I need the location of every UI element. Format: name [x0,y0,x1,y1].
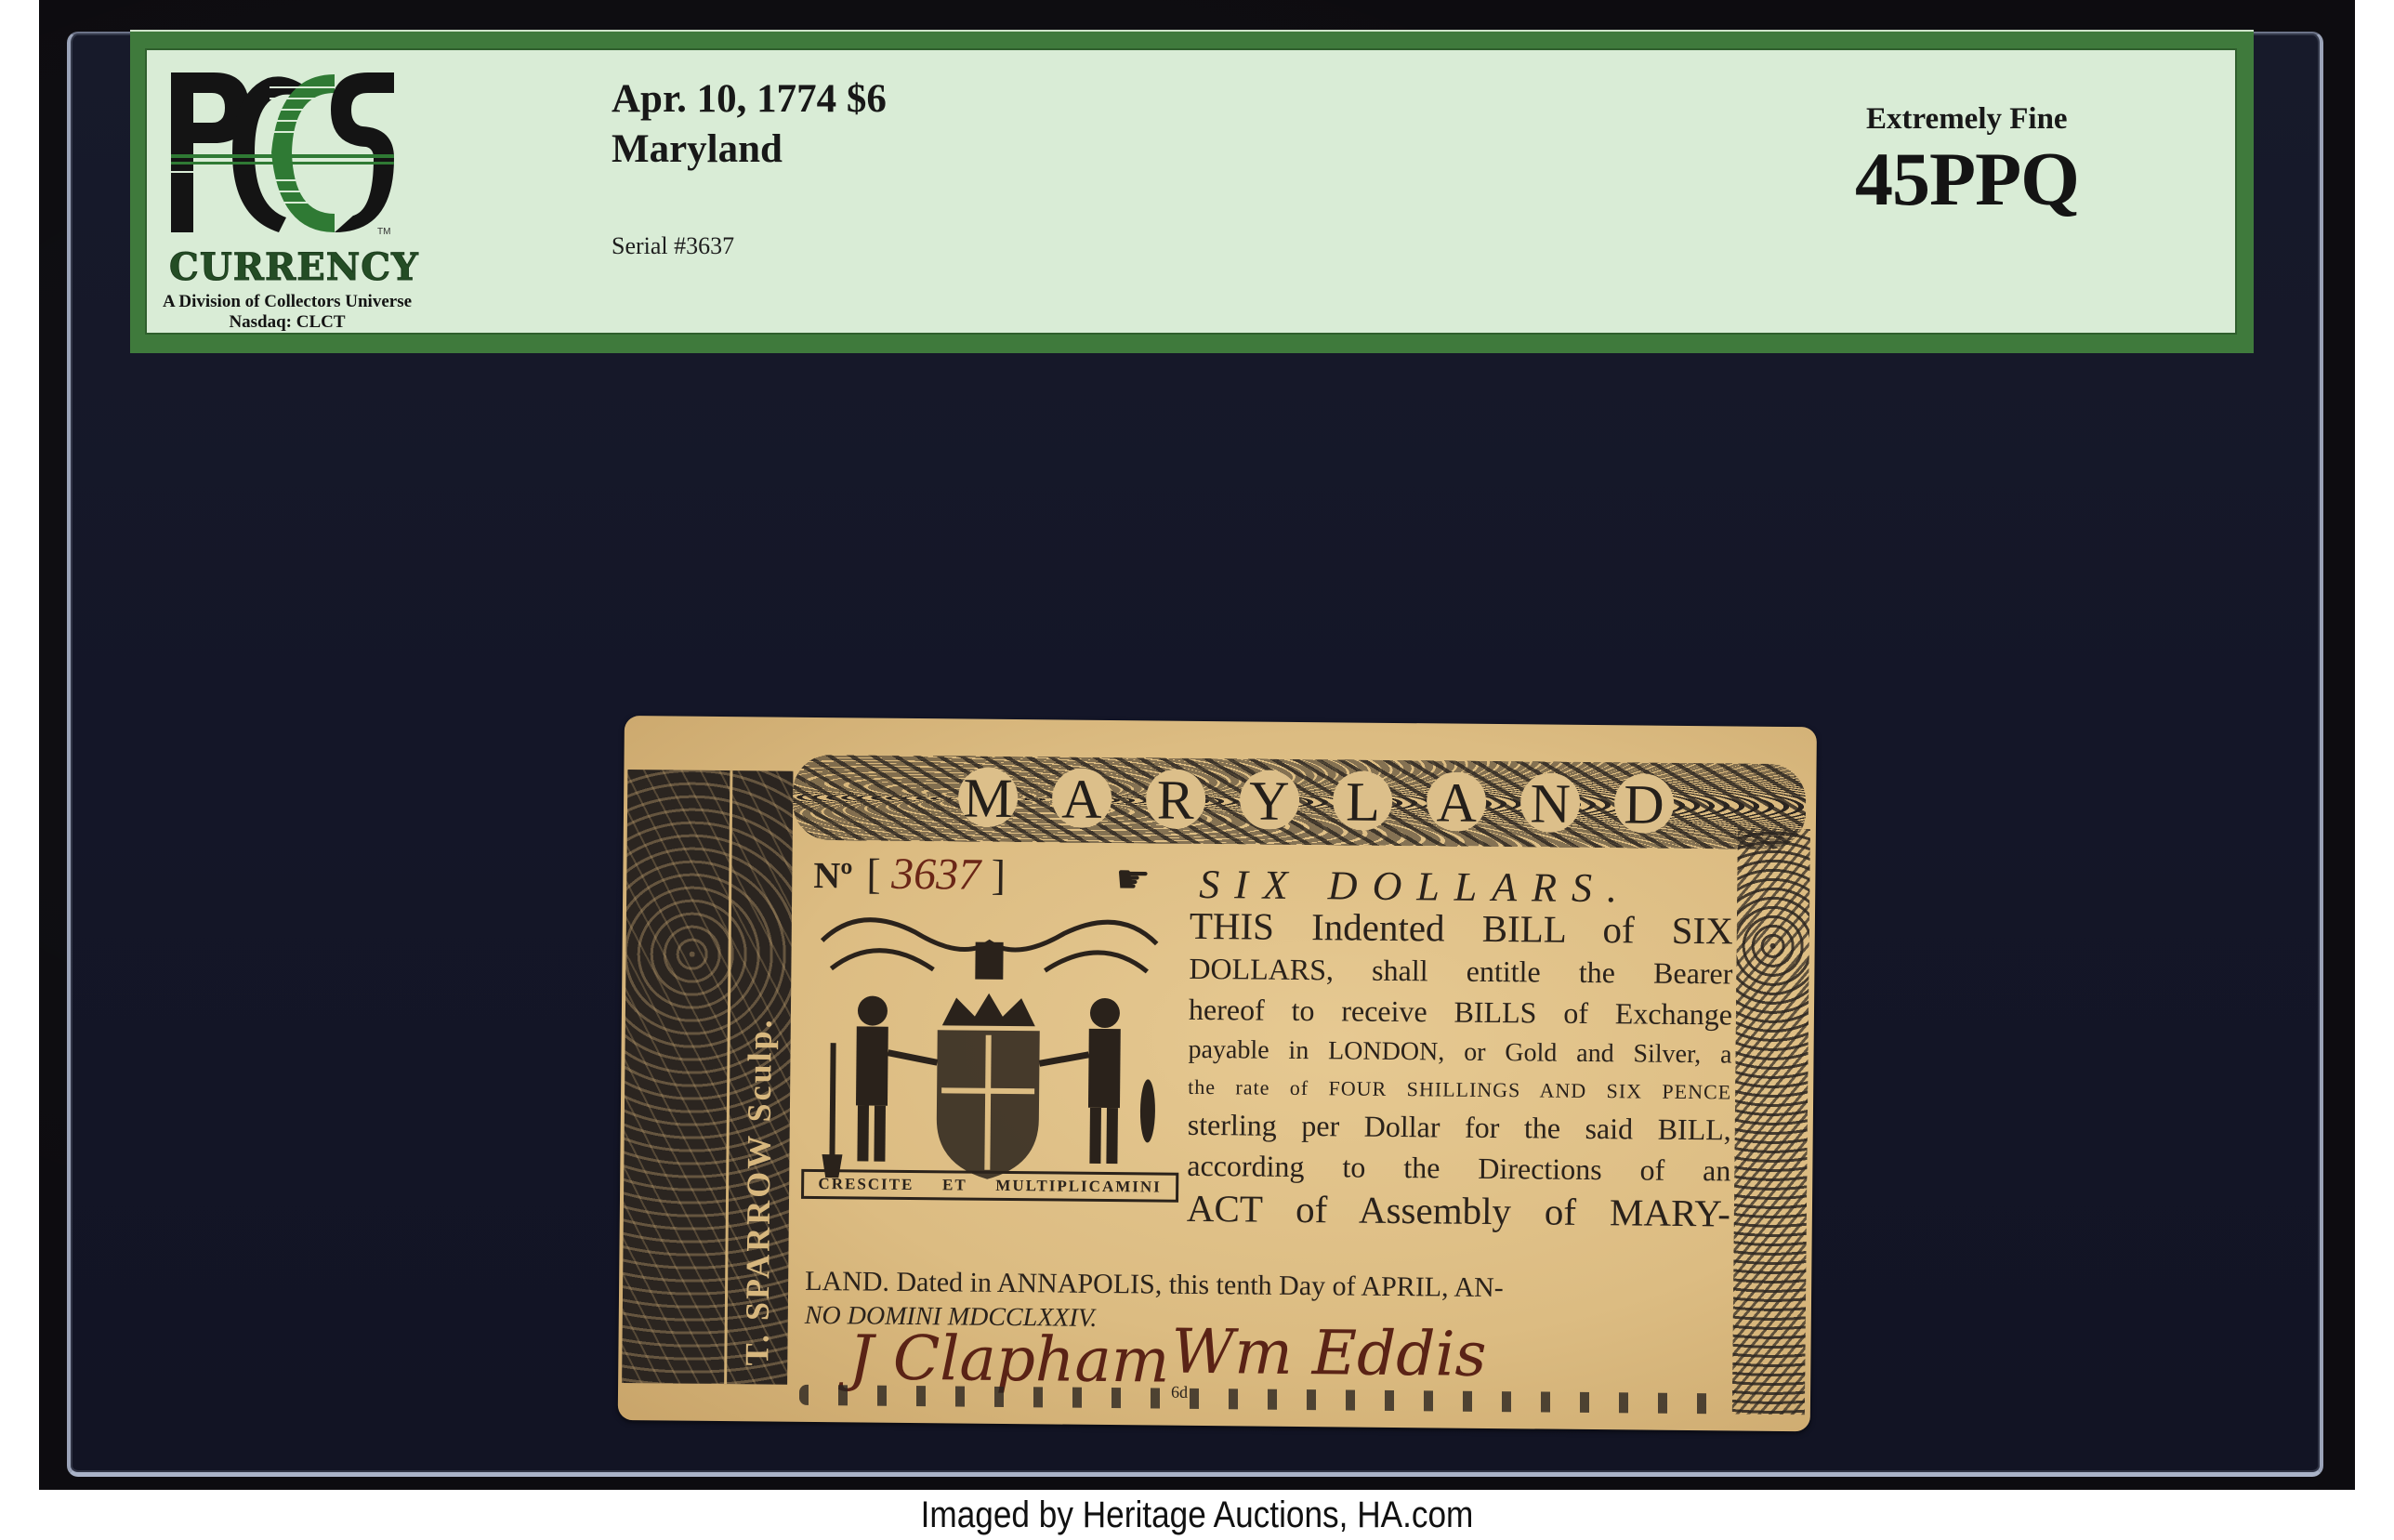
division-line-2: Nasdaq: CLCT [162,312,413,333]
body-line: DOLLARS, shall entitle the Bearer [1189,948,1732,994]
note-title: Apr. 10, 1774 $6 [612,76,887,122]
banknote: T. SPARROW Sculp. M A R Y L A N D Nº [ 3… [618,716,1817,1431]
right-ornamental-border [1732,829,1810,1415]
motto-word: ET [942,1176,967,1194]
bottom-ornamental-border [799,1385,1729,1415]
banner-letter: L [1333,770,1393,831]
label-inner: TM CURRENCY A Division of Collectors Uni… [145,48,2237,335]
banner-letter: M [958,767,1019,827]
banner-letter: A [1427,771,1487,832]
handwritten-serial: 3637 [891,849,981,900]
body-line: THIS Indented BILL of SIX [1190,903,1733,954]
left-ornamental-panel: T. SPARROW Sculp. [622,770,793,1385]
motto-word: CRESCITE [818,1175,914,1194]
pcgs-logo: TM CURRENCY A Division of Collectors Uni… [167,69,409,352]
trademark-mark: TM [377,227,390,237]
motto-word: MULTIPLICAMINI [995,1177,1162,1197]
banner-letter: D [1614,773,1675,834]
grading-label: TM CURRENCY A Division of Collectors Uni… [130,30,2254,353]
banner-letter: A [1052,768,1112,828]
division-line-1: A Division of Collectors Universe [162,292,413,312]
pointing-hand-icon: ☛ [1115,856,1151,902]
body-line: the rate of FOUR SHILLINGS AND SIX PENCE [1188,1071,1731,1110]
banner-letter: Y [1239,770,1299,830]
serial-number: Serial #3637 [612,232,734,260]
banner-letter: R [1146,769,1206,829]
motto-ribbon: CRESCITE ET MULTIPLICAMINI [801,1169,1178,1203]
body-line: hereof to receive BILLS of Exchange [1189,989,1732,1035]
grade-description: Extremely Fine [1866,102,2068,137]
serial-bracket: [ 3637 ] [866,849,1006,901]
coat-of-arms-icon [801,903,1176,1195]
division-text: A Division of Collectors Universe Nasdaq… [162,292,413,333]
grade-value: 45PPQ [1855,136,2079,223]
bottom-denomination-mark: 6d [1171,1383,1188,1402]
body-line: sterling per Dollar for the said BILL, [1188,1104,1731,1151]
dated-line: LAND. Dated in ANNAPOLIS, this tenth Day… [805,1266,1734,1307]
banner-letter: N [1520,772,1581,833]
engraver-credit: T. SPARROW Sculp. [737,1017,780,1365]
maryland-banner-letters: M A R Y L A N D [958,767,1675,833]
note-body-text: THIS Indented BILL of SIX DOLLARS, shall… [1187,903,1733,1236]
pcgs-logo-icon [167,69,396,236]
signature-eddis: Wm Eddis [1171,1316,1487,1390]
note-state: Maryland [612,126,783,172]
currency-wordmark: CURRENCY [169,245,401,289]
body-line: according to the Directions of an [1187,1145,1730,1191]
number-prefix: Nº [813,853,853,897]
image-credit-caption: Imaged by Heritage Auctions, HA.com [144,1490,2251,1540]
body-line: ACT of Assembly of MARY- [1187,1186,1730,1236]
body-line: payable in LONDON, or Gold and Silver, a [1188,1030,1731,1076]
